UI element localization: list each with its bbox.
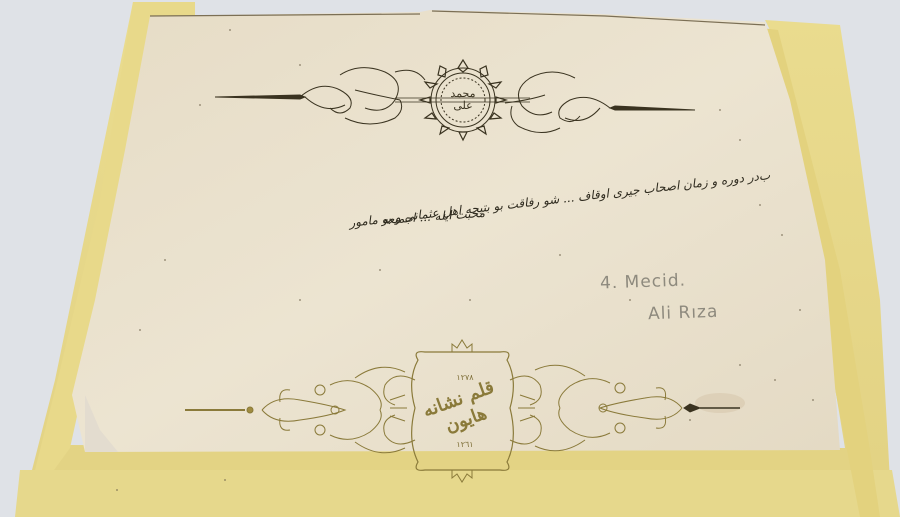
- footer-digits-bottom: ١٢٦١: [440, 440, 490, 449]
- pencil-annotation-line-1: 4. Mecid.: [600, 271, 687, 294]
- paper-sheet: [72, 10, 840, 452]
- tape-bottom: [15, 470, 900, 517]
- document-photo: محمد علی ب‌در دوره و زمان اصحاب جیری اوق…: [0, 0, 900, 517]
- seal-inscription: محمد علی: [441, 88, 485, 112]
- pencil-annotation-line-2: Ali Rıza: [648, 302, 719, 324]
